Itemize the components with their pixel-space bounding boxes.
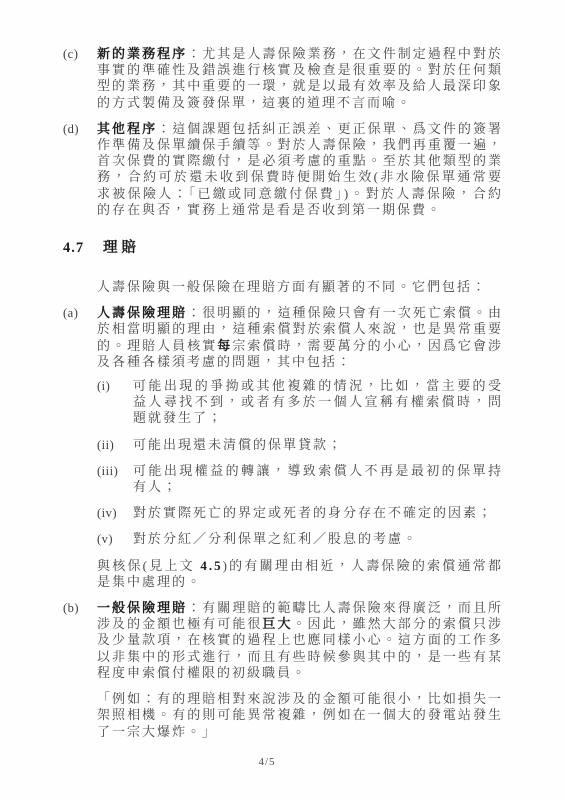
intro-paragraph: 人壽保險與一般保險在理賠方面有顯著的不同。它們包括： <box>97 279 503 295</box>
sub-item-iii: (iii) 可能出現權益的轉讓，導致索償人不再是最初的保單持有人； <box>97 463 503 495</box>
sub-item-i: (i) 可能出現的爭拗或其他複雜的情況，比如，當主要的受益人尋找不到，或者有多於… <box>97 378 503 427</box>
sub-marker-v: (v) <box>97 531 133 547</box>
sub-text-v: 對於分紅／分利保單之紅利／股息的考慮。 <box>133 531 503 547</box>
item-lead-a: 人壽保險理賠 <box>97 305 187 320</box>
list-item-d: (d) 其他程序：這個課題包括糾正誤差、更正保單、爲文件的簽署作準備及保單續保手… <box>63 121 503 218</box>
sub-text-iii: 可能出現權益的轉讓，導致索償人不再是最初的保單持有人； <box>133 463 503 495</box>
sub-marker-iii: (iii) <box>97 463 133 495</box>
document-page: (c) 新的業務程序：尤其是人壽保險業務，在文件制定過程中對於事實的準確性及錯誤… <box>0 0 565 800</box>
item-lead-d: 其他程序 <box>97 121 157 136</box>
sub-text-ii: 可能出現還未清償的保單貸款； <box>133 437 503 453</box>
item-marker-b: (b) <box>63 600 97 681</box>
closing-pre: 與核保(見上文 <box>97 558 200 573</box>
sub-item-ii: (ii) 可能出現還未清償的保單貸款； <box>97 437 503 453</box>
sub-text-i: 可能出現的爭拗或其他複雜的情況，比如，當主要的受益人尋找不到，或者有多於一個人宣… <box>133 378 503 427</box>
item-bold-mid-b: 巨大 <box>262 616 292 631</box>
closing-ref: 4.5 <box>200 558 222 573</box>
list-item-b: (b) 一般保險理賠：有關理賠的範疇比人壽保險來得廣泛，而且所涉及的金額也極有可… <box>63 600 503 681</box>
item-text-d: 其他程序：這個課題包括糾正誤差、更正保單、爲文件的簽署作準備及保單續保手續等。對… <box>97 121 503 218</box>
sub-item-v: (v) 對於分紅／分利保單之紅利／股息的考慮。 <box>97 531 503 547</box>
item-marker-a: (a) <box>63 305 97 370</box>
sub-item-iv: (iv) 對於實際死亡的界定或死者的身分存在不確定的因素； <box>97 505 503 521</box>
item-marker-d: (d) <box>63 121 97 218</box>
item-lead-b: 一般保險理賠 <box>97 600 187 615</box>
item-text-b: 一般保險理賠：有關理賠的範疇比人壽保險來得廣泛，而且所涉及的金額也極有可能很巨大… <box>97 600 503 681</box>
list-item-a: (a) 人壽保險理賠：很明顯的，這種保險只會有一次死亡索償。由於相當明顯的理由，… <box>63 305 503 370</box>
closing-paragraph: 與核保(見上文 4.5)的有關理由相近，人壽保險的索償通常都是集中處理的。 <box>97 558 503 590</box>
page-content: (c) 新的業務程序：尤其是人壽保險業務，在文件制定過程中對於事實的準確性及錯誤… <box>0 0 565 768</box>
sub-list: (i) 可能出現的爭拗或其他複雜的情況，比如，當主要的受益人尋找不到，或者有多於… <box>97 378 503 548</box>
item-bold-mid-a: 每 <box>217 338 232 353</box>
item-text-c: 新的業務程序：尤其是人壽保險業務，在文件制定過程中對於事實的準確性及錯誤進行核實… <box>97 46 503 111</box>
section-title: 理賠 <box>103 236 140 257</box>
sub-marker-ii: (ii) <box>97 437 133 453</box>
sub-text-iv: 對於實際死亡的界定或死者的身分存在不確定的因素； <box>133 505 503 521</box>
item-text-a: 人壽保險理賠：很明顯的，這種保險只會有一次死亡索償。由於相當明顯的理由，這種索償… <box>97 305 503 370</box>
list-item-c: (c) 新的業務程序：尤其是人壽保險業務，在文件制定過程中對於事實的準確性及錯誤… <box>63 46 503 111</box>
quote-paragraph: 「例如：有的理賠相對來說涉及的金額可能很小，比如損失一架照相機。有的則可能異常複… <box>97 691 503 740</box>
sub-marker-iv: (iv) <box>97 505 133 521</box>
item-body-d: ：這個課題包括糾正誤差、更正保單、爲文件的簽署作準備及保單續保手續等。對於人壽保… <box>97 121 503 217</box>
section-number: 4.7 <box>63 240 103 257</box>
sub-marker-i: (i) <box>97 378 133 427</box>
item-lead-c: 新的業務程序 <box>97 46 187 61</box>
page-number: 4/5 <box>63 756 471 768</box>
section-heading: 4.7 理賠 <box>63 236 503 257</box>
item-marker-c: (c) <box>63 46 97 111</box>
